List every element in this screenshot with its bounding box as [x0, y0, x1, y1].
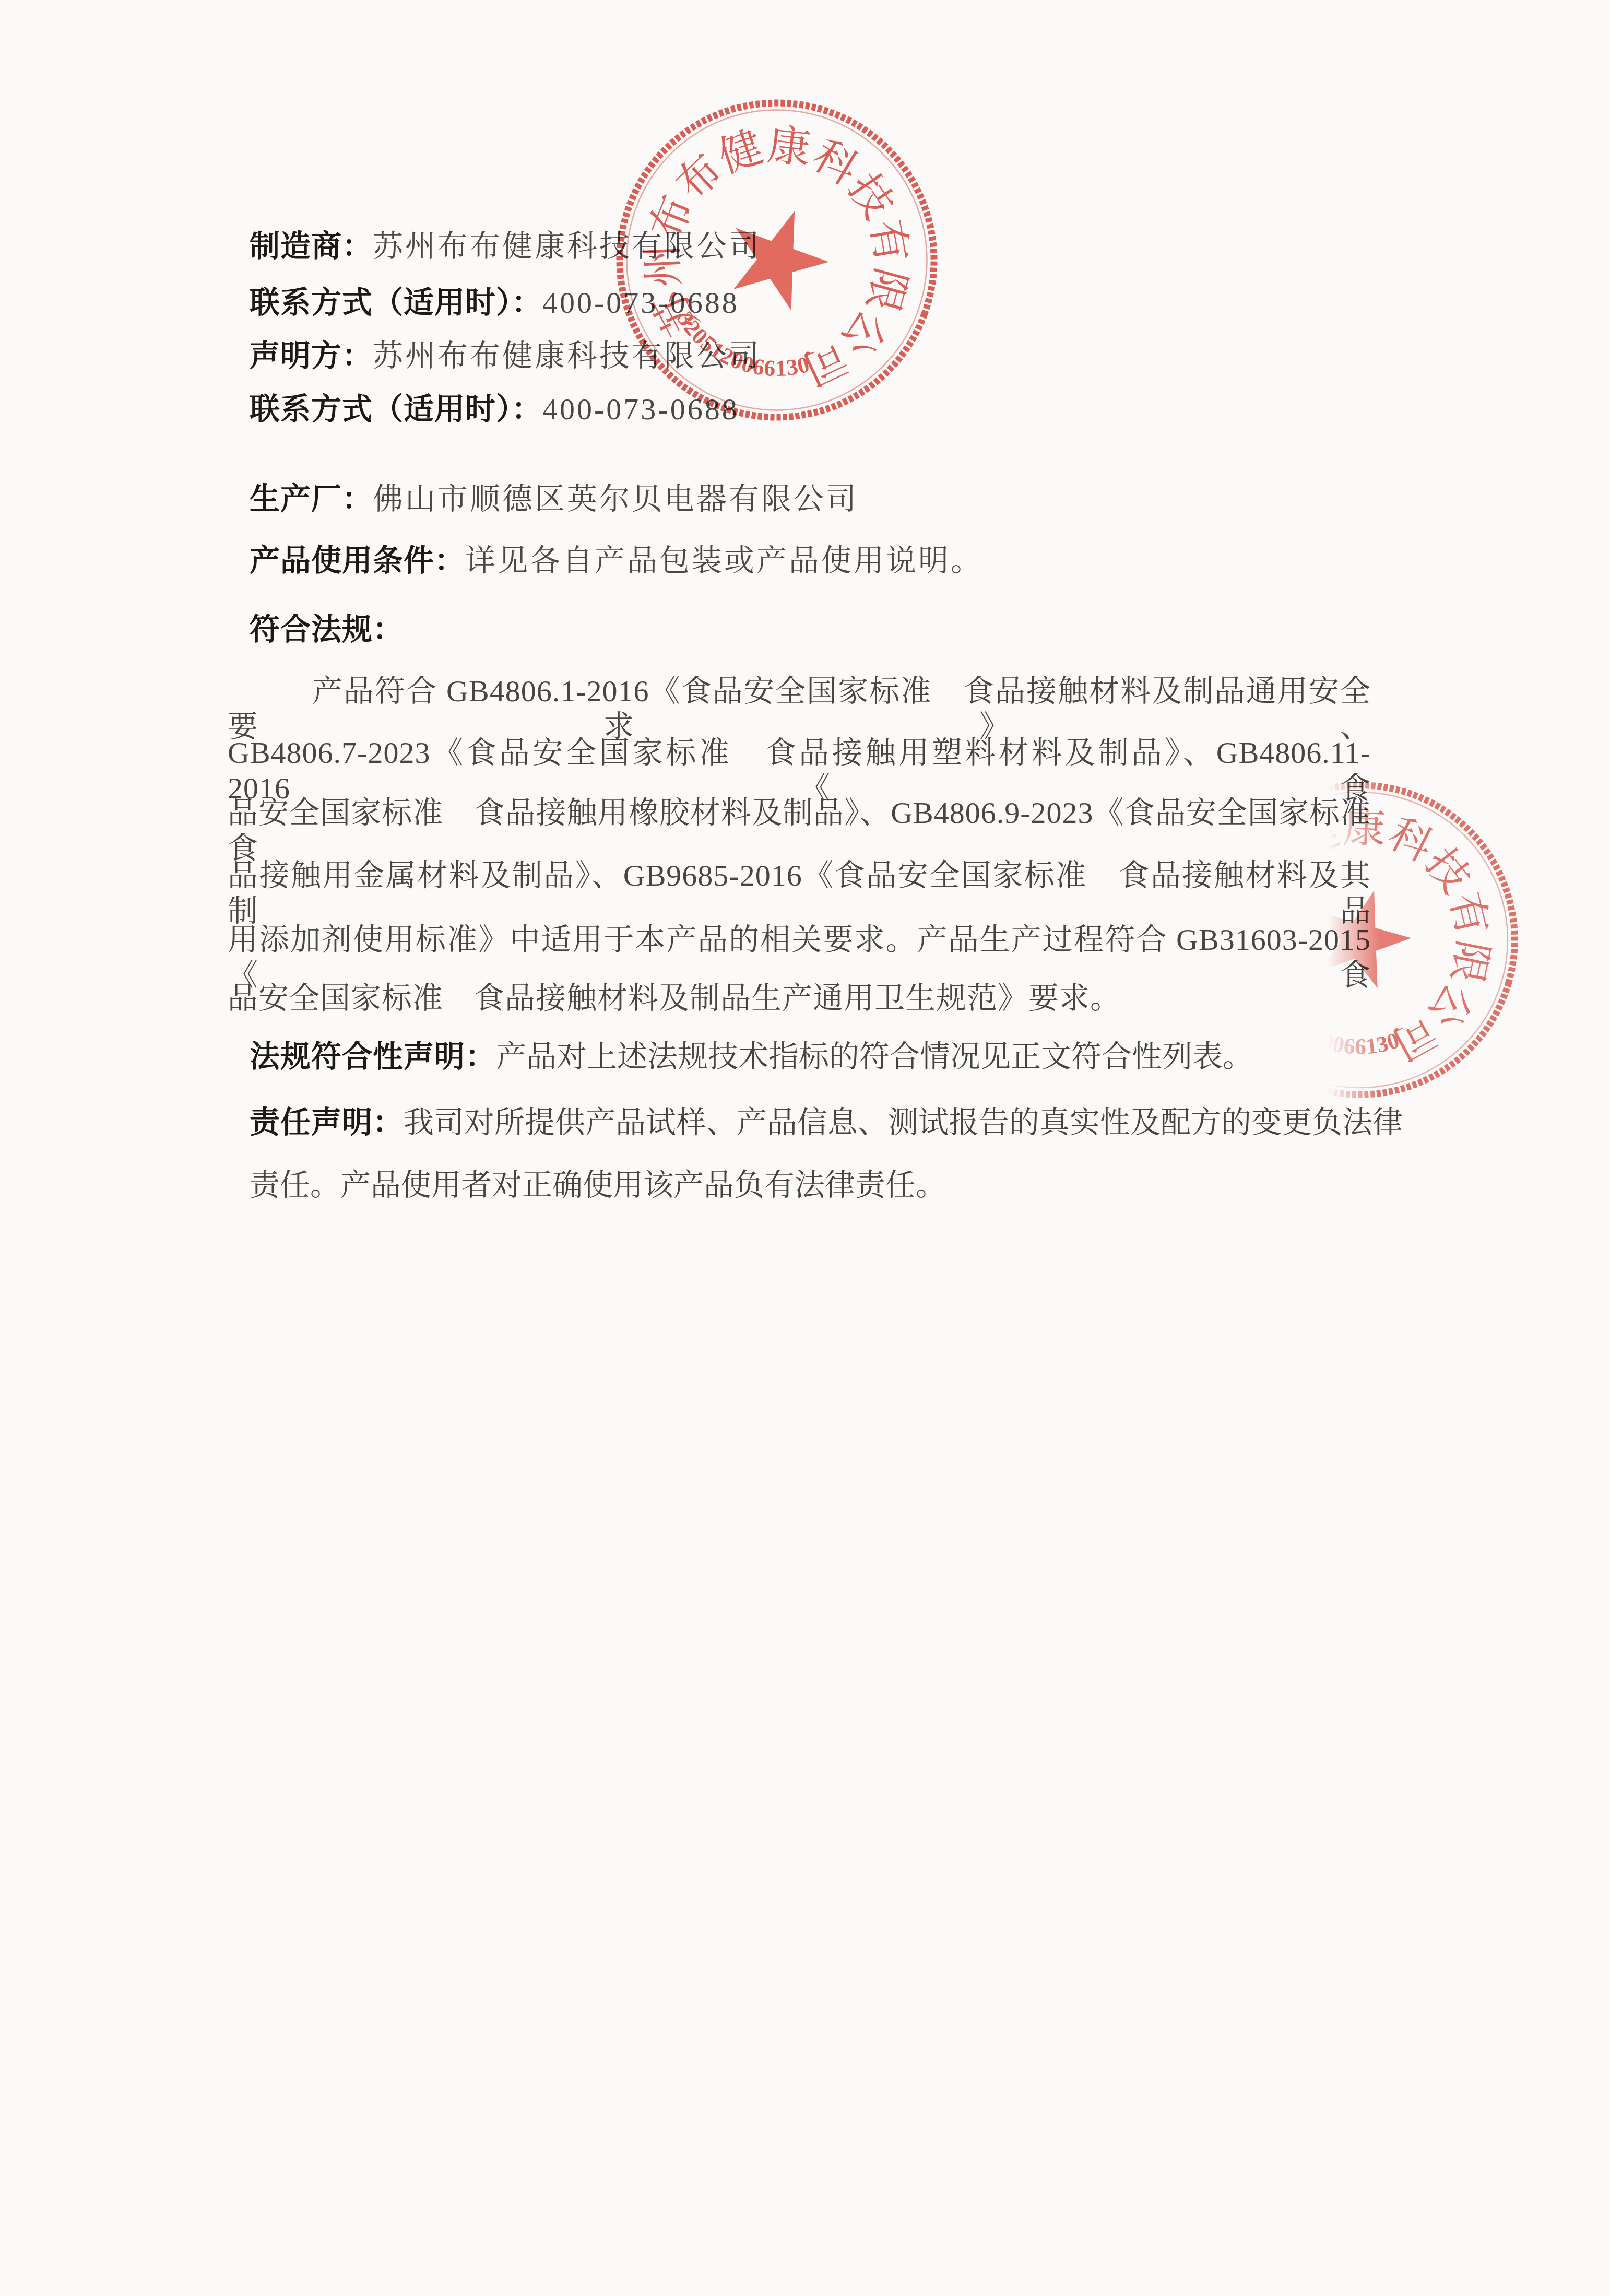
regulations-paragraph-line: 产品符合 GB4806.1-2016《食品安全国家标准 食品接触材料及制品通用安… — [228, 674, 1371, 745]
responsibility-statement-value: 我司对所提供产品试样、产品信息、测试报告的真实性及配方的变更负法律 — [404, 1105, 1403, 1139]
contact-label-1: 联系方式（适用时）： — [250, 286, 542, 320]
declarer-value: 苏州布布健康科技有限公司 — [373, 339, 761, 373]
contact-value-2: 400-073-0688 — [542, 392, 739, 426]
factory-label: 生产厂： — [250, 482, 373, 516]
regulations-paragraph-line: 品安全国家标准 食品接触材料及制品生产通用卫生规范》要求。 — [228, 981, 1371, 1016]
contact-value-1: 400-073-0688 — [542, 286, 739, 320]
manufacturer-label: 制造商： — [250, 229, 373, 263]
contact-line-2: 联系方式（适用时）：400-073-0688 — [250, 392, 739, 427]
compliance-statement-value: 产品对上述法规技术指标的符合情况见正文符合性列表。 — [496, 1040, 1253, 1074]
regulations-paragraph-line: 品安全国家标准 食品接触用橡胶材料及制品》、GB4806.9-2023《食品安全… — [228, 795, 1371, 867]
declarer-label: 声明方： — [250, 339, 373, 373]
contact-label-2: 联系方式（适用时）： — [250, 392, 542, 426]
factory-line: 生产厂：佛山市顺德区英尔贝电器有限公司 — [250, 481, 858, 517]
usage-conditions-value: 详见各自产品包装或产品使用说明。 — [465, 544, 983, 578]
regulations-paragraph-line: 品接触用金属材料及制品》、GB9685-2016《食品安全国家标准 食品接触材料… — [228, 858, 1371, 929]
responsibility-statement-line: 责任声明：我司对所提供产品试样、产品信息、测试报告的真实性及配方的变更负法律 — [250, 1105, 1403, 1140]
manufacturer-value: 苏州布布健康科技有限公司 — [373, 229, 761, 263]
regulations-heading: 符合法规： — [250, 612, 404, 647]
usage-conditions-label: 产品使用条件： — [250, 544, 465, 578]
compliance-statement-line: 法规符合性声明：产品对上述法规技术指标的符合情况见正文符合性列表。 — [250, 1039, 1253, 1075]
contact-line-1: 联系方式（适用时）：400-073-0688 — [250, 285, 739, 321]
scanned-declaration-page: 制造商：苏州布布健康科技有限公司 联系方式（适用时）：400-073-0688 … — [0, 0, 1610, 2296]
manufacturer-line: 制造商：苏州布布健康科技有限公司 — [250, 229, 761, 264]
declarer-line: 声明方：苏州布布健康科技有限公司 — [250, 338, 761, 374]
responsibility-statement-label: 责任声明： — [250, 1105, 404, 1139]
responsibility-statement-continued: 责任。产品使用者对正确使用该产品负有法律责任。 — [250, 1168, 946, 1203]
factory-value: 佛山市顺德区英尔贝电器有限公司 — [373, 482, 858, 516]
usage-conditions-line: 产品使用条件：详见各自产品包装或产品使用说明。 — [250, 543, 983, 579]
compliance-statement-label: 法规符合性声明： — [250, 1040, 496, 1074]
